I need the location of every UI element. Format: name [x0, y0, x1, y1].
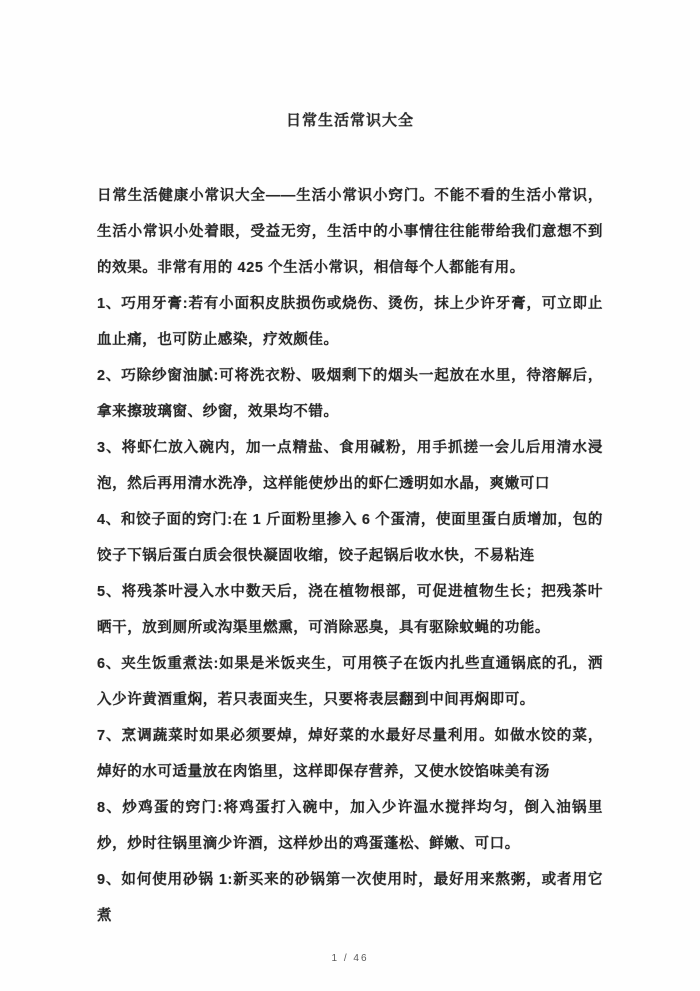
- tip-paragraph-8: 8、炒鸡蛋的窍门:将鸡蛋打入碗中，加入少许温水搅拌均匀，倒入油锅里炒，炒时往锅里…: [97, 790, 603, 862]
- intro-paragraph: 日常生活健康小常识大全——生活小常识小窍门。不能不看的生活小常识，生活小常识小处…: [97, 178, 603, 286]
- tip-paragraph-9: 9、如何使用砂锅 1:新买来的砂锅第一次使用时，最好用来熬粥，或者用它煮: [97, 862, 603, 934]
- tip-paragraph-3: 3、将虾仁放入碗内，加一点精盐、食用碱粉，用手抓搓一会儿后用清水浸泡，然后再用清…: [97, 430, 603, 502]
- tip-paragraph-6: 6、夹生饭重煮法:如果是米饭夹生，可用筷子在饭内扎些直通锅底的孔，洒入少许黄酒重…: [97, 646, 603, 718]
- tip-paragraph-7: 7、烹调蔬菜时如果必须要焯，焯好菜的水最好尽量利用。如做水饺的菜，焯好的水可适量…: [97, 718, 603, 790]
- page-number: 1 / 46: [97, 950, 603, 968]
- document-title: 日常生活常识大全: [97, 103, 603, 139]
- tip-paragraph-4: 4、和饺子面的窍门:在 1 斤面粉里掺入 6 个蛋清，使面里蛋白质增加，包的饺子…: [97, 502, 603, 574]
- tip-paragraph-5: 5、将残茶叶浸入水中数天后，浇在植物根部，可促进植物生长；把残茶叶晒干，放到厕所…: [97, 574, 603, 646]
- document-page: 日常生活常识大全 日常生活健康小常识大全——生活小常识小窍门。不能不看的生活小常…: [0, 0, 700, 991]
- tip-paragraph-1: 1、巧用牙膏:若有小面积皮肤损伤或烧伤、烫伤，抹上少许牙膏，可立即止血止痛，也可…: [97, 286, 603, 358]
- tip-paragraph-2: 2、巧除纱窗油腻:可将洗衣粉、吸烟剩下的烟头一起放在水里，待溶解后，拿来擦玻璃窗…: [97, 358, 603, 430]
